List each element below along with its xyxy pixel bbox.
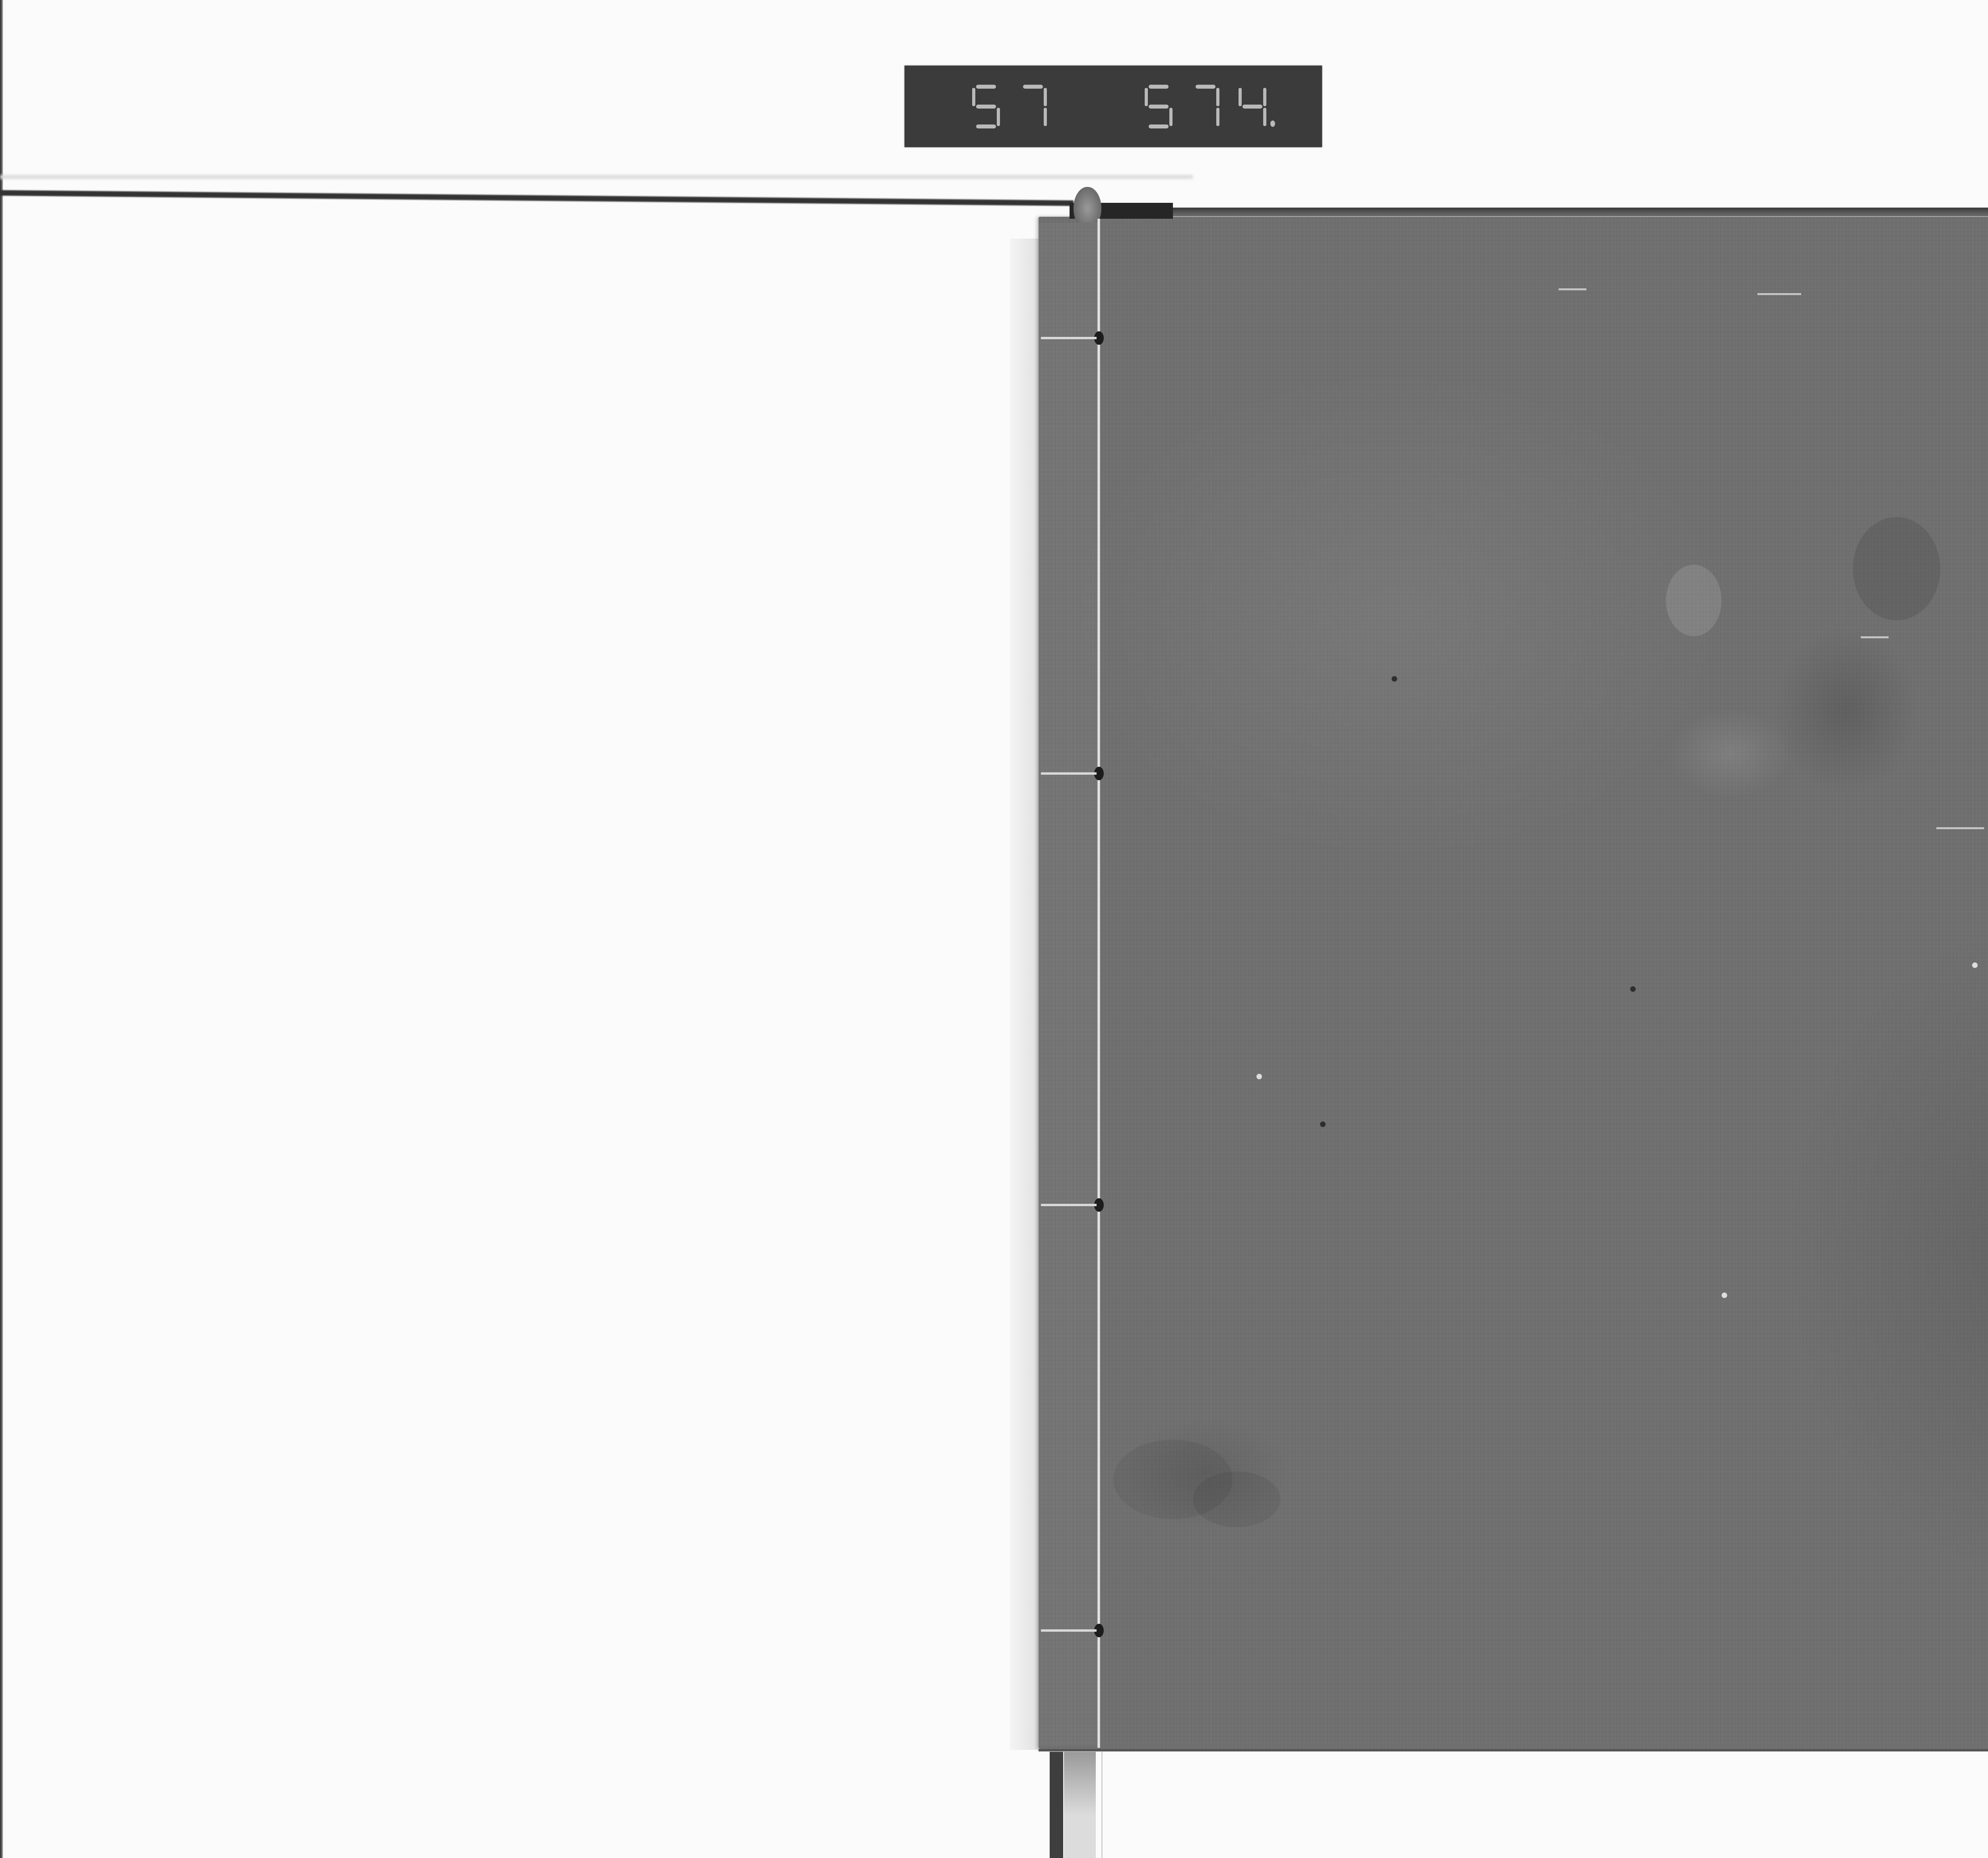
stain [1666, 565, 1722, 636]
seven-segment-digit [1239, 85, 1266, 128]
scratch [1861, 636, 1889, 638]
binding-stitch [1041, 1204, 1097, 1206]
thread-knot [1074, 187, 1101, 223]
under-book-dark-strip [1050, 1752, 1063, 1858]
film-border-left [0, 0, 3, 1858]
seven-segment-digit [1192, 85, 1219, 128]
reference-line-faint [0, 175, 1193, 179]
cover-bottom-edge [1039, 1749, 1988, 1751]
stain [1853, 517, 1940, 620]
microfilm-frame: 57 574. [0, 0, 1988, 1858]
book-cover [1039, 217, 1988, 1750]
seven-segment-digit [972, 85, 1000, 128]
scratch [1936, 827, 1984, 829]
speck [1256, 1074, 1262, 1079]
cover-top-edge-shadow [1173, 208, 1988, 216]
stain [1193, 1471, 1280, 1527]
scratch [1757, 293, 1801, 295]
frame-counter-left [972, 85, 1047, 128]
binding-stitch [1041, 772, 1097, 775]
under-book-line [1101, 1752, 1103, 1858]
seven-segment-digit [1019, 85, 1047, 128]
binding-stitch [1041, 337, 1097, 339]
speck [1630, 986, 1636, 992]
spine-strip [1039, 223, 1097, 1746]
reference-line [0, 190, 1074, 206]
binding-stitch [1041, 1629, 1097, 1632]
frame-counter-right [1145, 85, 1266, 128]
speck [1392, 676, 1397, 682]
cover-title [1039, 217, 1039, 217]
seven-segment-digit [1145, 85, 1173, 128]
scratch [1559, 288, 1586, 290]
frame-counter-label: 57 574. [905, 66, 1322, 147]
under-book-light-strip [1064, 1752, 1096, 1858]
speck [1972, 962, 1978, 968]
speck [1722, 1292, 1727, 1298]
binding-thread [1097, 219, 1100, 1748]
speck [1320, 1121, 1326, 1127]
